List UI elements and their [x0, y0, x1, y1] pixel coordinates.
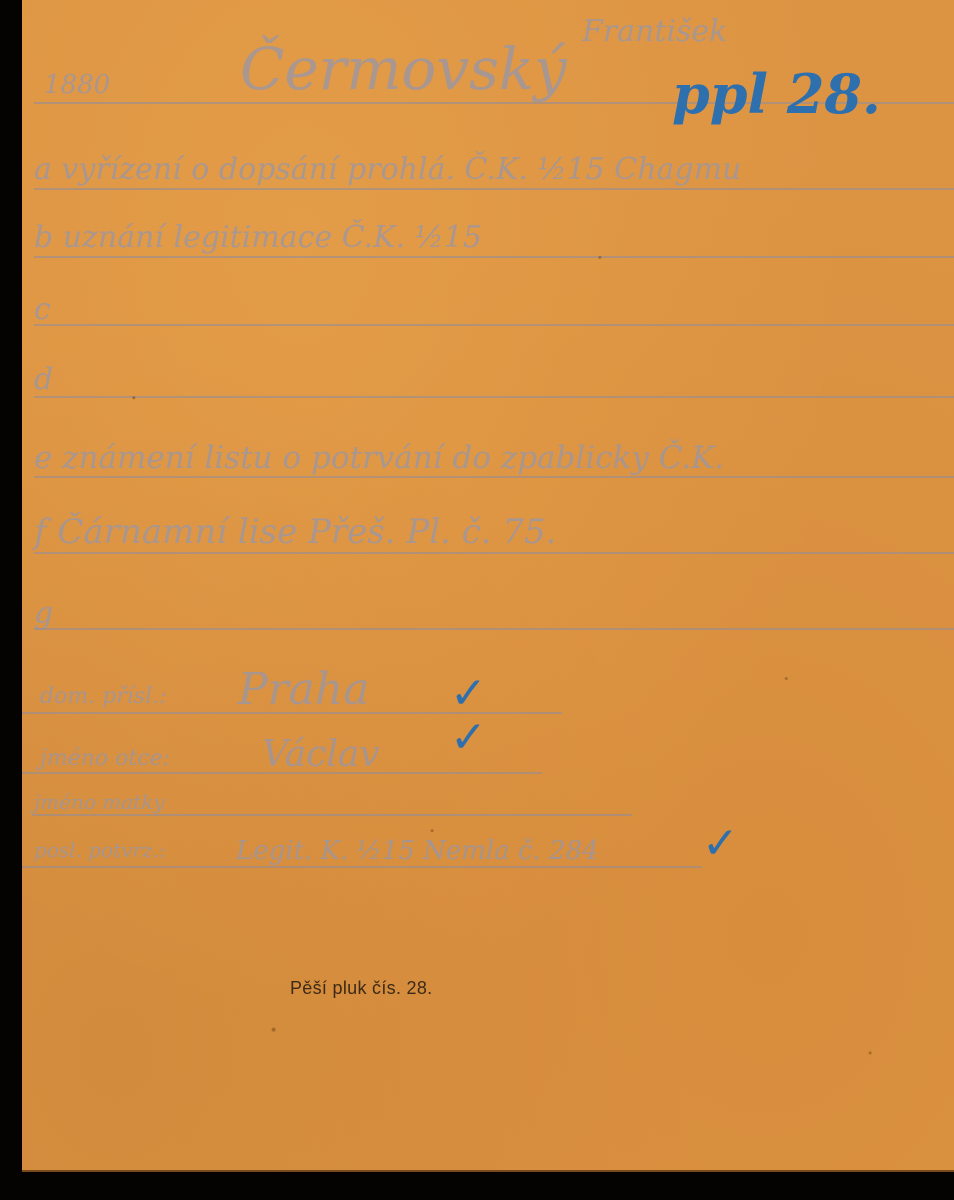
row-e-text: e známení listu o potrvání do zpablicky … — [34, 440, 724, 476]
given-name: František — [582, 14, 727, 49]
row-d-text: d — [34, 362, 53, 397]
father-value: Václav — [262, 734, 380, 775]
last-confirmation-checkmark-icon: ✓ — [702, 822, 739, 866]
father-label: jméno otce: — [40, 746, 170, 771]
registry-card: 1880 Čermovský František ppl 28. a vyříz… — [22, 0, 954, 1172]
birth-year: 1880 — [44, 70, 110, 100]
last-confirmation-label: posl. potvrz.: — [34, 838, 166, 862]
home-checkmark-icon: ✓ — [450, 672, 487, 716]
mother-rule — [32, 814, 632, 816]
row-c-text: c — [34, 292, 51, 327]
surname: Čermovský — [240, 35, 567, 103]
mother-label: jméno matky — [34, 790, 165, 814]
row-f-rule — [34, 552, 954, 554]
row-f-text: f Čárnamní lise Přeš. Pl. č. 75. — [34, 512, 556, 552]
row-b-text: b uznání legitimace Č.K. ½15 — [34, 220, 482, 255]
home-value: Praha — [238, 664, 369, 715]
row-g-rule — [34, 628, 954, 630]
row-c-rule — [34, 324, 954, 326]
unit-note: ppl 28. — [672, 62, 881, 126]
last-confirmation-value: Legit. K. ½15 Nemla č. 284 — [236, 836, 599, 866]
row-g-text: g — [34, 596, 53, 631]
row-d-rule — [34, 396, 954, 398]
row-e-rule — [34, 476, 954, 478]
home-label: dom. přísl.: — [40, 684, 167, 709]
father-rule — [22, 772, 542, 774]
father-checkmark-icon: ✓ — [450, 716, 487, 760]
row-a-rule — [34, 188, 954, 190]
last-confirmation-rule — [22, 866, 702, 868]
row-b-rule — [34, 256, 954, 258]
regiment-stamp: Pěší pluk čís. 28. — [290, 978, 432, 999]
row-a-text: a vyřízení o dopsání prohlá. Č.K. ½15 Ch… — [34, 152, 741, 187]
